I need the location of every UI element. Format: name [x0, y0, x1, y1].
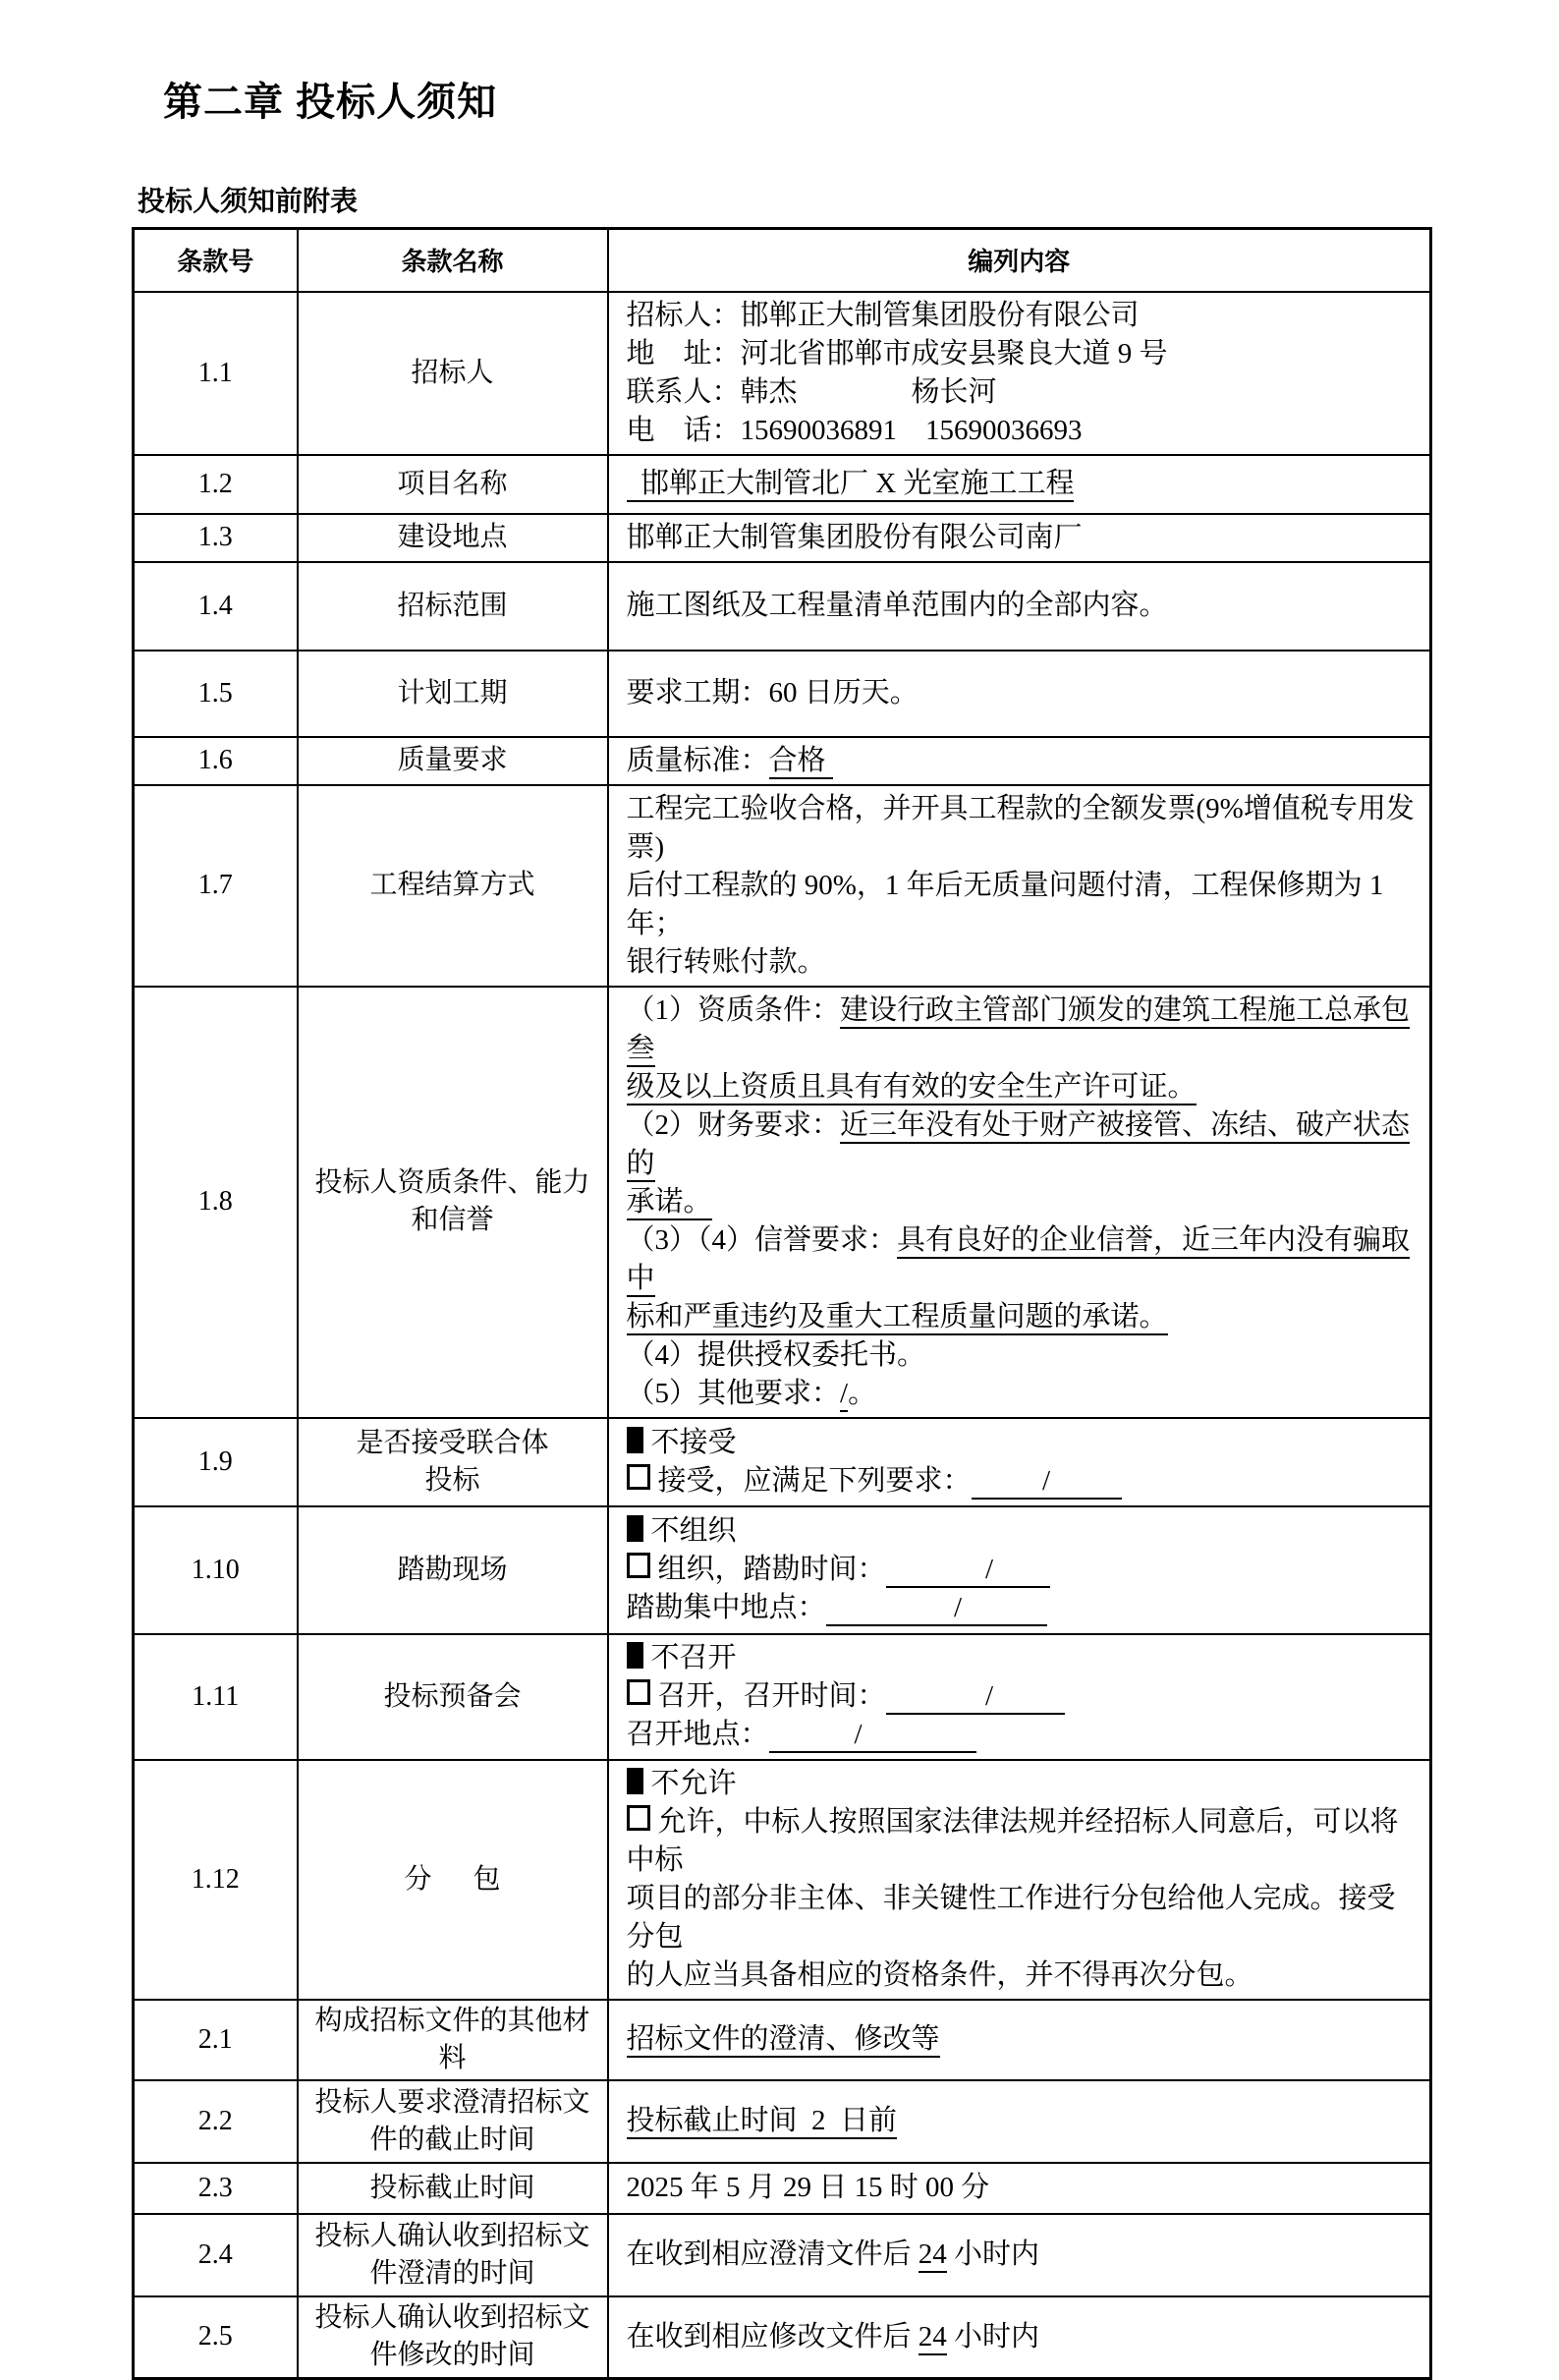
- clause-number-cell: 1.2: [134, 455, 298, 514]
- clause-content-cell: 在收到相应修改文件后 24 小时内: [608, 2296, 1431, 2379]
- clause-content-cell: 不召开召开，召开时间： / 召开地点： /: [608, 1634, 1431, 1760]
- content-line: 接受，应满足下列要求： /: [627, 1462, 1419, 1501]
- clause-content-cell: 不允许允许，中标人按照国家法律法规并经招标人同意后，可以将中标项目的部分非主体、…: [608, 1760, 1431, 2000]
- underlined-segment: 承诺。: [627, 1186, 712, 1220]
- clause-content-cell: 施工图纸及工程量清单范围内的全部内容。: [608, 562, 1431, 651]
- content-line: 标和严重违约及重大工程质量问题的承诺。: [627, 1298, 1419, 1336]
- text-segment: 不召开: [651, 1642, 737, 1673]
- clause-number-cell: 2.1: [134, 2000, 298, 2080]
- clause-name-cell: 分 包: [298, 1760, 608, 2000]
- clause-name-cell: 投标人确认收到招标文 件澄清的时间: [298, 2214, 608, 2296]
- clause-name-cell: 质量要求: [298, 737, 608, 785]
- table-row: 1.3建设地点邯郸正大制管集团股份有限公司南厂: [134, 514, 1431, 562]
- checkbox-filled-icon: [627, 1768, 643, 1794]
- underlined-segment: 标和严重违约及重大工程质量问题的承诺。: [627, 1301, 1168, 1335]
- clause-number-cell: 1.10: [134, 1506, 298, 1634]
- text-segment: 后付工程款的 90%，1 年后无质量问题付清，工程保修期为 1 年；: [627, 870, 1384, 939]
- text-segment: （3）（4）信誉要求：: [627, 1224, 898, 1256]
- chapter-title: 第二章 投标人须知: [0, 0, 1559, 127]
- clause-name-cell: 投标人确认收到招标文 件修改的时间: [298, 2296, 608, 2379]
- text-segment: 小时内: [947, 2238, 1039, 2270]
- table-row: 1.1招标人招标人：邯郸正大制管集团股份有限公司地 址：河北省邯郸市成安县聚良大…: [134, 292, 1431, 455]
- text-segment: 不接受: [651, 1427, 737, 1458]
- content-line: 地 址：河北省邯郸市成安县聚良大道 9 号: [627, 335, 1419, 373]
- underlined-segment: 投标截止时间 2 日前: [627, 2105, 898, 2139]
- underlined-segment: 邯郸正大制管北厂 X 光室施工工程: [627, 468, 1075, 502]
- clause-number-cell: 1.6: [134, 737, 298, 785]
- clause-content-cell: 要求工期：60 日历天。: [608, 651, 1431, 737]
- text-segment: （2）财务要求：: [627, 1109, 841, 1141]
- content-line: 承诺。: [627, 1183, 1419, 1221]
- clause-content-cell: 投标截止时间 2 日前: [608, 2080, 1431, 2163]
- col-header-clause-name: 条款名称: [298, 229, 608, 292]
- table-row: 1.2项目名称 邯郸正大制管北厂 X 光室施工工程: [134, 455, 1431, 514]
- text-segment: 电 话：15690036891 15690036693: [627, 415, 1083, 446]
- checkbox-empty-icon: [627, 1805, 650, 1831]
- underlined-segment: 24: [919, 2238, 947, 2273]
- content-line: 召开地点： /: [627, 1716, 1419, 1754]
- clause-name-cell: 工程结算方式: [298, 785, 608, 987]
- clause-content-cell: 质量标准：合格: [608, 737, 1431, 785]
- text-segment: 联系人：韩杰 杨长河: [627, 376, 997, 408]
- content-line: 2025 年 5 月 29 日 15 时 00 分: [627, 2169, 1419, 2207]
- table-row: 1.4招标范围施工图纸及工程量清单范围内的全部内容。: [134, 562, 1431, 651]
- content-line: 组织，踏勘时间： /: [627, 1551, 1419, 1589]
- text-segment: 在收到相应澄清文件后: [627, 2238, 919, 2270]
- content-line: （1）资质条件：建设行政主管部门颁发的建筑工程施工总承包叁: [627, 992, 1419, 1068]
- clause-content-cell: 邯郸正大制管北厂 X 光室施工工程: [608, 455, 1431, 514]
- document-page: 第二章 投标人须知 投标人须知前附表 条款号 条款名称 编列内容 1.1招标人招…: [0, 0, 1559, 2206]
- content-line: 踏勘集中地点： /: [627, 1589, 1419, 1627]
- content-line: 招标人：邯郸正大制管集团股份有限公司: [627, 297, 1419, 335]
- content-line: 召开，召开时间： /: [627, 1677, 1419, 1716]
- content-line: 联系人：韩杰 杨长河: [627, 373, 1419, 412]
- text-segment: （1）资质条件：: [627, 994, 841, 1026]
- table-row: 2.5投标人确认收到招标文 件修改的时间在收到相应修改文件后 24 小时内: [134, 2296, 1431, 2379]
- underlined-segment: /: [886, 1680, 1065, 1715]
- checkbox-empty-icon: [627, 1553, 650, 1578]
- clause-content-cell: 不组织组织，踏勘时间： / 踏勘集中地点： /: [608, 1506, 1431, 1634]
- text-segment: （5）其他要求：: [627, 1378, 841, 1409]
- table-row: 1.9是否接受联合体 投标不接受接受，应满足下列要求： /: [134, 1418, 1431, 1506]
- underlined-segment: /: [972, 1465, 1122, 1500]
- text-segment: 小时内: [947, 2321, 1039, 2352]
- table-row: 1.5计划工期要求工期：60 日历天。: [134, 651, 1431, 737]
- text-segment: （4）提供授权委托书。: [627, 1339, 926, 1371]
- text-segment: 质量标准：: [627, 745, 769, 776]
- checkbox-empty-icon: [627, 1464, 650, 1490]
- content-line: 招标文件的澄清、修改等: [627, 2020, 1419, 2059]
- clause-number-cell: 2.2: [134, 2080, 298, 2163]
- clause-number-cell: 1.1: [134, 292, 298, 455]
- clause-name-cell: 招标范围: [298, 562, 608, 651]
- clause-content-cell: 不接受接受，应满足下列要求： /: [608, 1418, 1431, 1506]
- content-line: 施工图纸及工程量清单范围内的全部内容。: [627, 587, 1419, 625]
- content-line: （2）财务要求：近三年没有处于财产被接管、冻结、破产状态的: [627, 1106, 1419, 1183]
- text-segment: 组织，踏勘时间：: [658, 1554, 886, 1585]
- content-line: 后付工程款的 90%，1 年后无质量问题付清，工程保修期为 1 年；: [627, 867, 1419, 943]
- checkbox-empty-icon: [627, 1679, 650, 1705]
- clause-name-cell: 项目名称: [298, 455, 608, 514]
- clause-number-cell: 1.8: [134, 987, 298, 1418]
- underlined-segment: /: [840, 1378, 848, 1412]
- content-line: 允许，中标人按照国家法律法规并经招标人同意后，可以将中标: [627, 1803, 1419, 1880]
- content-line: 投标截止时间 2 日前: [627, 2102, 1419, 2140]
- content-line: 不允许: [627, 1765, 1419, 1803]
- table-header-row: 条款号 条款名称 编列内容: [134, 229, 1431, 292]
- clause-number-cell: 2.5: [134, 2296, 298, 2379]
- table-row: 1.10踏勘现场不组织组织，踏勘时间： / 踏勘集中地点： /: [134, 1506, 1431, 1634]
- col-header-content: 编列内容: [608, 229, 1431, 292]
- clause-content-cell: 工程完工验收合格，并开具工程款的全额发票(9%增值税专用发票)后付工程款的 90…: [608, 785, 1431, 987]
- table-title: 投标人须知前附表: [138, 180, 1559, 219]
- text-segment: 施工图纸及工程量清单范围内的全部内容。: [627, 590, 1168, 621]
- table-row: 1.8投标人资质条件、能力 和信誉（1）资质条件：建设行政主管部门颁发的建筑工程…: [134, 987, 1431, 1418]
- clause-number-cell: 1.4: [134, 562, 298, 651]
- checkbox-filled-icon: [627, 1515, 643, 1542]
- table-row: 2.1构成招标文件的其他材 料招标文件的澄清、修改等: [134, 2000, 1431, 2080]
- content-line: 不召开: [627, 1639, 1419, 1677]
- clause-name-cell: 计划工期: [298, 651, 608, 737]
- clause-number-cell: 1.12: [134, 1760, 298, 2000]
- clause-name-cell: 踏勘现场: [298, 1506, 608, 1634]
- text-segment: 工程完工验收合格，并开具工程款的全额发票(9%增值税专用发票): [627, 793, 1415, 863]
- col-header-clause-number: 条款号: [134, 229, 298, 292]
- underlined-segment: /: [826, 1592, 1048, 1626]
- underlined-segment: /: [769, 1719, 976, 1753]
- underlined-segment: /: [886, 1554, 1051, 1588]
- text-segment: 踏勘集中地点：: [627, 1592, 826, 1623]
- table-row: 2.2投标人要求澄清招标文 件的截止时间投标截止时间 2 日前: [134, 2080, 1431, 2163]
- table-body: 1.1招标人招标人：邯郸正大制管集团股份有限公司地 址：河北省邯郸市成安县聚良大…: [134, 292, 1431, 2379]
- clause-content-cell: 招标人：邯郸正大制管集团股份有限公司地 址：河北省邯郸市成安县聚良大道 9 号联…: [608, 292, 1431, 455]
- content-line: 要求工期：60 日历天。: [627, 674, 1419, 712]
- clause-number-cell: 1.5: [134, 651, 298, 737]
- clause-content-cell: 招标文件的澄清、修改等: [608, 2000, 1431, 2080]
- content-line: （5）其他要求：/。: [627, 1375, 1419, 1413]
- content-line: 邯郸正大制管北厂 X 光室施工工程: [627, 465, 1419, 503]
- content-line: 银行转账付款。: [627, 943, 1419, 982]
- content-line: 不接受: [627, 1424, 1419, 1462]
- text-segment: 不组织: [651, 1515, 737, 1547]
- underlined-segment: 合格: [769, 745, 833, 779]
- text-segment: 不允许: [651, 1768, 737, 1799]
- text-segment: 。: [848, 1378, 876, 1409]
- text-segment: 召开地点：: [627, 1719, 769, 1750]
- text-segment: 邯郸正大制管集团股份有限公司南厂: [627, 522, 1083, 553]
- underlined-segment: 招标文件的澄清、修改等: [627, 2023, 940, 2058]
- clause-number-cell: 1.3: [134, 514, 298, 562]
- text-segment: 要求工期：60 日历天。: [627, 677, 919, 708]
- content-line: 电 话：15690036891 15690036693: [627, 412, 1419, 450]
- content-line: （4）提供授权委托书。: [627, 1336, 1419, 1375]
- text-segment: 的人应当具备相应的资格条件，并不得再次分包。: [627, 1959, 1253, 1991]
- content-line: 级及以上资质且具有有效的安全生产许可证。: [627, 1068, 1419, 1106]
- clause-name-cell: 投标预备会: [298, 1634, 608, 1760]
- table-row: 1.11投标预备会不召开召开，召开时间： / 召开地点： /: [134, 1634, 1431, 1760]
- text-segment: 地 址：河北省邯郸市成安县聚良大道 9 号: [627, 338, 1168, 369]
- content-line: 邯郸正大制管集团股份有限公司南厂: [627, 519, 1419, 557]
- clause-content-cell: （1）资质条件：建设行政主管部门颁发的建筑工程施工总承包叁级及以上资质且具有有效…: [608, 987, 1431, 1418]
- clause-number-cell: 1.7: [134, 785, 298, 987]
- text-segment: 2025 年 5 月 29 日 15 时 00 分: [627, 2172, 990, 2203]
- clause-number-cell: 2.4: [134, 2214, 298, 2296]
- table-row: 1.7工程结算方式工程完工验收合格，并开具工程款的全额发票(9%增值税专用发票)…: [134, 785, 1431, 987]
- text-segment: 允许，中标人按照国家法律法规并经招标人同意后，可以将中标: [627, 1806, 1399, 1876]
- content-line: 的人应当具备相应的资格条件，并不得再次分包。: [627, 1956, 1419, 1995]
- clause-name-cell: 招标人: [298, 292, 608, 455]
- clause-number-cell: 1.11: [134, 1634, 298, 1760]
- content-line: 项目的部分非主体、非关键性工作进行分包给他人完成。接受分包: [627, 1880, 1419, 1956]
- text-segment: 银行转账付款。: [627, 946, 826, 978]
- text-segment: 招标人：邯郸正大制管集团股份有限公司: [627, 300, 1140, 331]
- checkbox-filled-icon: [627, 1427, 643, 1453]
- table-row: 2.4投标人确认收到招标文 件澄清的时间在收到相应澄清文件后 24 小时内: [134, 2214, 1431, 2296]
- clause-name-cell: 投标人资质条件、能力 和信誉: [298, 987, 608, 1418]
- text-segment: 召开，召开时间：: [658, 1680, 886, 1712]
- bid-notice-table: 条款号 条款名称 编列内容 1.1招标人招标人：邯郸正大制管集团股份有限公司地 …: [132, 227, 1432, 2380]
- content-line: 在收到相应澄清文件后 24 小时内: [627, 2236, 1419, 2274]
- content-line: 质量标准：合格: [627, 742, 1419, 780]
- content-line: （3）（4）信誉要求：具有良好的企业信誉，近三年内没有骗取中: [627, 1221, 1419, 1298]
- clause-name-cell: 建设地点: [298, 514, 608, 562]
- text-segment: 项目的部分非主体、非关键性工作进行分包给他人完成。接受分包: [627, 1883, 1396, 1953]
- table-row: 1.12分 包不允许允许，中标人按照国家法律法规并经招标人同意后，可以将中标项目…: [134, 1760, 1431, 2000]
- underlined-segment: 24: [919, 2321, 947, 2355]
- text-segment: 在收到相应修改文件后: [627, 2321, 919, 2352]
- content-line: 在收到相应修改文件后 24 小时内: [627, 2318, 1419, 2356]
- clause-content-cell: 邯郸正大制管集团股份有限公司南厂: [608, 514, 1431, 562]
- clause-content-cell: 在收到相应澄清文件后 24 小时内: [608, 2214, 1431, 2296]
- underlined-segment: 级及以上资质且具有有效的安全生产许可证。: [627, 1071, 1197, 1105]
- content-line: 不组织: [627, 1512, 1419, 1551]
- checkbox-filled-icon: [627, 1642, 643, 1669]
- clause-name-cell: 投标人要求澄清招标文 件的截止时间: [298, 2080, 608, 2163]
- text-segment: 接受，应满足下列要求：: [658, 1465, 972, 1497]
- content-line: 工程完工验收合格，并开具工程款的全额发票(9%增值税专用发票): [627, 790, 1419, 867]
- table-row: 1.6质量要求质量标准：合格: [134, 737, 1431, 785]
- clause-number-cell: 1.9: [134, 1418, 298, 1506]
- clause-name-cell: 构成招标文件的其他材 料: [298, 2000, 608, 2080]
- clause-name-cell: 是否接受联合体 投标: [298, 1418, 608, 1506]
